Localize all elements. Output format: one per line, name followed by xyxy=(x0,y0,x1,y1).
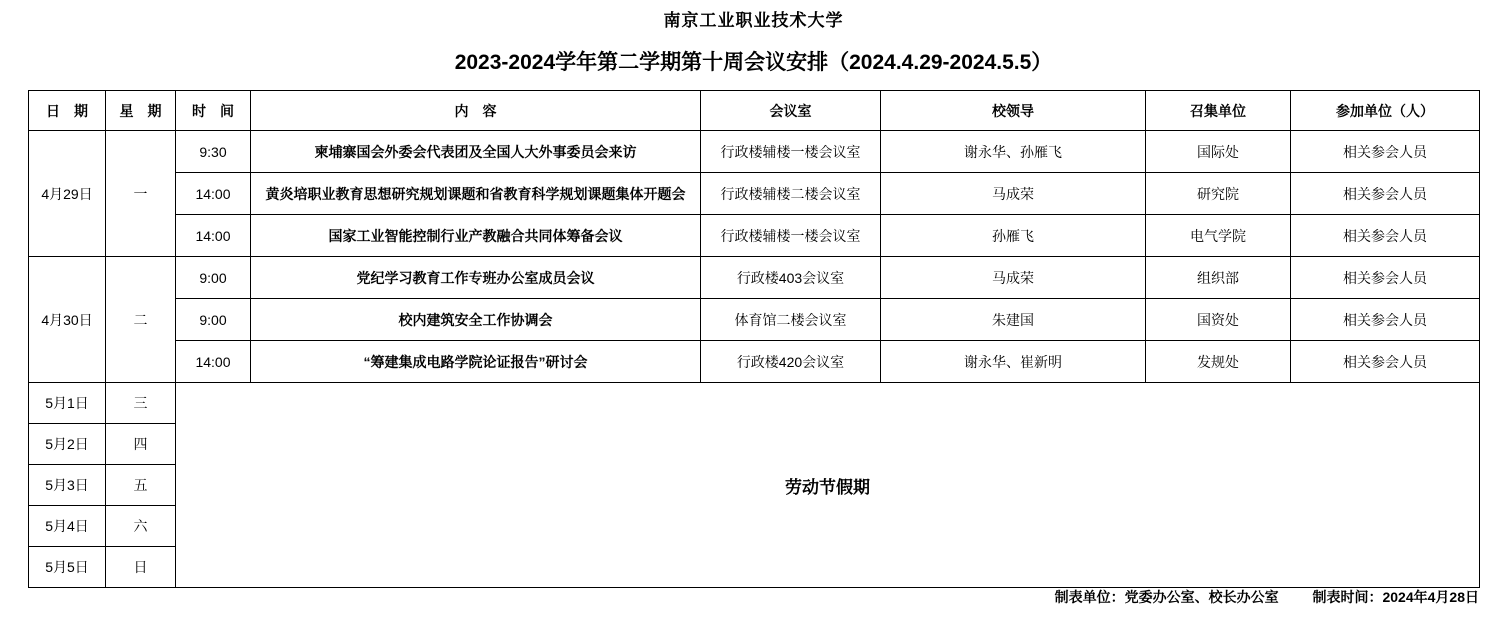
prepared-time-label: 制表时间：2024年4月28日 xyxy=(1312,589,1479,605)
weekday-cell: 五 xyxy=(106,465,176,506)
room-cell: 行政楼403会议室 xyxy=(701,257,881,299)
room-cell: 行政楼420会议室 xyxy=(701,341,881,383)
content-cell: “筹建集成电路学院论证报告”研讨会 xyxy=(251,341,701,383)
table-row: 9:00校内建筑安全工作协调会体育馆二楼会议室朱建国国资处相关参会人员 xyxy=(29,299,1480,341)
table-row: 14:00国家工业智能控制行业产教融合共同体筹备会议行政楼辅楼一楼会议室孙雁飞电… xyxy=(29,215,1480,257)
date-cell: 5月5日 xyxy=(29,547,106,588)
time-cell: 14:00 xyxy=(176,215,251,257)
weekday-cell: 六 xyxy=(106,506,176,547)
header-participants: 参加单位（人） xyxy=(1291,91,1480,131)
header-leader: 校领导 xyxy=(881,91,1146,131)
schedule-body: 4月29日一9:30柬埔寨国会外委会代表团及全国人大外事委员会来访行政楼辅楼一楼… xyxy=(29,131,1480,588)
room-cell: 行政楼辅楼一楼会议室 xyxy=(701,215,881,257)
table-footer: 制表单位：党委办公室、校长办公室 制表时间：2024年4月28日 xyxy=(1055,587,1479,607)
page-title: 南京工业职业技术大学 xyxy=(0,0,1507,32)
room-cell: 行政楼辅楼一楼会议室 xyxy=(701,131,881,173)
time-cell: 9:00 xyxy=(176,257,251,299)
content-cell: 国家工业智能控制行业产教融合共同体筹备会议 xyxy=(251,215,701,257)
leader-cell: 马成荣 xyxy=(881,257,1146,299)
weekday-cell: 二 xyxy=(106,257,176,383)
prepared-by-label: 制表单位：党委办公室、校长办公室 xyxy=(1055,589,1279,605)
participants-cell: 相关参会人员 xyxy=(1291,215,1480,257)
holiday-cell: 劳动节假期 xyxy=(176,383,1480,588)
organizer-cell: 发规处 xyxy=(1146,341,1291,383)
leader-cell: 谢永华、崔新明 xyxy=(881,341,1146,383)
weekday-cell: 三 xyxy=(106,383,176,424)
header-row: 日 期 星 期 时 间 内 容 会议室 校领导 召集单位 参加单位（人） xyxy=(29,91,1480,131)
date-cell: 5月2日 xyxy=(29,424,106,465)
meeting-schedule-table: 日 期 星 期 时 间 内 容 会议室 校领导 召集单位 参加单位（人） 4月2… xyxy=(28,90,1480,588)
date-cell: 5月4日 xyxy=(29,506,106,547)
leader-cell: 朱建国 xyxy=(881,299,1146,341)
table-row: 14:00“筹建集成电路学院论证报告”研讨会行政楼420会议室谢永华、崔新明发规… xyxy=(29,341,1480,383)
room-cell: 体育馆二楼会议室 xyxy=(701,299,881,341)
organizer-cell: 国际处 xyxy=(1146,131,1291,173)
table-row: 5月1日三劳动节假期 xyxy=(29,383,1480,424)
leader-cell: 孙雁飞 xyxy=(881,215,1146,257)
content-cell: 党纪学习教育工作专班办公室成员会议 xyxy=(251,257,701,299)
weekday-cell: 四 xyxy=(106,424,176,465)
content-cell: 校内建筑安全工作协调会 xyxy=(251,299,701,341)
header-organizer: 召集单位 xyxy=(1146,91,1291,131)
header-content: 内 容 xyxy=(251,91,701,131)
organizer-cell: 组织部 xyxy=(1146,257,1291,299)
participants-cell: 相关参会人员 xyxy=(1291,173,1480,215)
leader-cell: 马成荣 xyxy=(881,173,1146,215)
room-cell: 行政楼辅楼二楼会议室 xyxy=(701,173,881,215)
content-cell: 柬埔寨国会外委会代表团及全国人大外事委员会来访 xyxy=(251,131,701,173)
date-cell: 4月29日 xyxy=(29,131,106,257)
time-cell: 14:00 xyxy=(176,341,251,383)
participants-cell: 相关参会人员 xyxy=(1291,299,1480,341)
page-subtitle: 2023-2024学年第二学期第十周会议安排（2024.4.29-2024.5.… xyxy=(0,50,1507,76)
date-cell: 5月3日 xyxy=(29,465,106,506)
date-cell: 5月1日 xyxy=(29,383,106,424)
time-cell: 14:00 xyxy=(176,173,251,215)
header-room: 会议室 xyxy=(701,91,881,131)
header-date: 日 期 xyxy=(29,91,106,131)
organizer-cell: 国资处 xyxy=(1146,299,1291,341)
header-weekday: 星 期 xyxy=(106,91,176,131)
header-time: 时 间 xyxy=(176,91,251,131)
weekday-cell: 日 xyxy=(106,547,176,588)
time-cell: 9:00 xyxy=(176,299,251,341)
participants-cell: 相关参会人员 xyxy=(1291,341,1480,383)
table-row: 14:00黄炎培职业教育思想研究规划课题和省教育科学规划课题集体开题会行政楼辅楼… xyxy=(29,173,1480,215)
leader-cell: 谢永华、孙雁飞 xyxy=(881,131,1146,173)
organizer-cell: 电气学院 xyxy=(1146,215,1291,257)
table-row: 4月30日二9:00党纪学习教育工作专班办公室成员会议行政楼403会议室马成荣组… xyxy=(29,257,1480,299)
participants-cell: 相关参会人员 xyxy=(1291,257,1480,299)
participants-cell: 相关参会人员 xyxy=(1291,131,1480,173)
table-row: 4月29日一9:30柬埔寨国会外委会代表团及全国人大外事委员会来访行政楼辅楼一楼… xyxy=(29,131,1480,173)
weekday-cell: 一 xyxy=(106,131,176,257)
organizer-cell: 研究院 xyxy=(1146,173,1291,215)
content-cell: 黄炎培职业教育思想研究规划课题和省教育科学规划课题集体开题会 xyxy=(251,173,701,215)
date-cell: 4月30日 xyxy=(29,257,106,383)
time-cell: 9:30 xyxy=(176,131,251,173)
